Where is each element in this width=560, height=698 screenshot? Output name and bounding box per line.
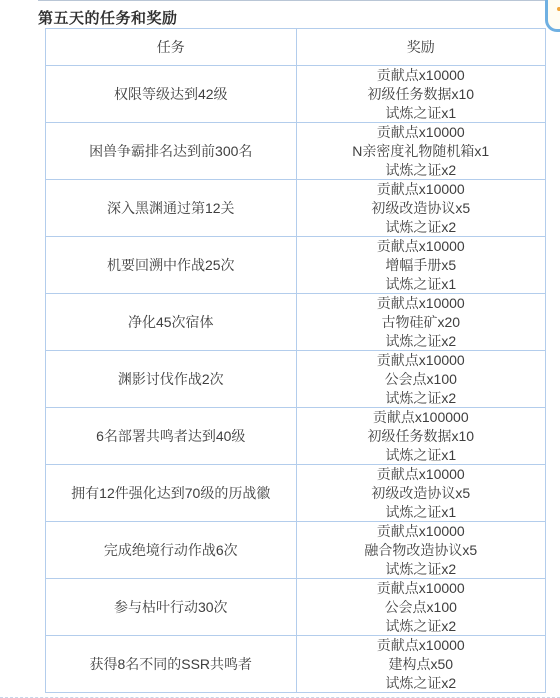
table-row: 渊影讨伐作战2次 贡献点x10000公会点x100试炼之证x2 [46, 350, 545, 407]
reward-line: 初级任务数据x10 [367, 427, 474, 446]
task-cell: 权限等级达到42级 [46, 66, 296, 122]
floating-widget-partial[interactable] [545, 0, 560, 32]
table-row: 6名部署共鸣者达到40级 贡献点x100000初级任务数据x10试炼之证x1 [46, 407, 545, 464]
table-row: 机要回溯中作战25次 贡献点x10000增幅手册x5试炼之证x1 [46, 236, 545, 293]
reward-line: 试炼之证x2 [385, 218, 456, 237]
reward-line: 贡献点x10000 [377, 465, 465, 484]
reward-line: 试炼之证x2 [385, 161, 456, 180]
reward-line: 贡献点x10000 [377, 294, 465, 313]
reward-line: 古物硅矿x20 [381, 313, 460, 332]
table-header-row: 任务 奖励 [46, 29, 545, 65]
task-cell: 深入黑渊通过第12关 [46, 180, 296, 236]
reward-line: 公会点x100 [385, 370, 457, 389]
task-cell: 渊影讨伐作战2次 [46, 351, 296, 407]
reward-line: 公会点x100 [385, 598, 457, 617]
reward-line: 融合物改造协议x5 [364, 541, 477, 560]
reward-cell: 贡献点x10000初级任务数据x10试炼之证x1 [296, 66, 546, 122]
task-cell: 获得8名不同的SSR共鸣者 [46, 636, 296, 692]
reward-line: 试炼之证x1 [385, 446, 456, 465]
reward-line: 建构点x50 [388, 655, 453, 674]
reward-line: 贡献点x10000 [377, 579, 465, 598]
table-row: 权限等级达到42级 贡献点x10000初级任务数据x10试炼之证x1 [46, 65, 545, 122]
table-row: 深入黑渊通过第12关 贡献点x10000初级改造协议x5试炼之证x2 [46, 179, 545, 236]
reward-line: 试炼之证x1 [385, 275, 456, 294]
reward-line: 试炼之证x2 [385, 389, 456, 408]
tasks-rewards-table: 任务 奖励 权限等级达到42级 贡献点x10000初级任务数据x10试炼之证x1… [45, 28, 546, 693]
column-header-task: 任务 [46, 29, 296, 65]
table-row: 拥有12件强化达到70级的历战徽 贡献点x10000初级改造协议x5试炼之证x1 [46, 464, 545, 521]
table-row: 困兽争霸排名达到前300名 贡献点x10000N亲密度礼物随机箱x1试炼之证x2 [46, 122, 545, 179]
reward-line: 贡献点x10000 [377, 66, 465, 85]
reward-line: 试炼之证x1 [385, 503, 456, 522]
table-row: 参与枯叶行动30次 贡献点x10000公会点x100试炼之证x2 [46, 578, 545, 635]
reward-cell: 贡献点x10000公会点x100试炼之证x2 [296, 351, 546, 407]
reward-line: 贡献点x10000 [377, 237, 465, 256]
table-row: 完成绝境行动作战6次 贡献点x10000融合物改造协议x5试炼之证x2 [46, 521, 545, 578]
reward-line: 贡献点x10000 [377, 351, 465, 370]
reward-cell: 贡献点x10000初级改造协议x5试炼之证x1 [296, 465, 546, 521]
reward-line: 增幅手册x5 [385, 256, 456, 275]
reward-line: 试炼之证x2 [385, 560, 456, 579]
reward-line: 贡献点x10000 [377, 522, 465, 541]
reward-line: N亲密度礼物随机箱x1 [352, 142, 489, 161]
reward-cell: 贡献点x10000公会点x100试炼之证x2 [296, 579, 546, 635]
table-body: 权限等级达到42级 贡献点x10000初级任务数据x10试炼之证x1 困兽争霸排… [46, 65, 545, 692]
page-title: 第五天的任务和奖励 [38, 7, 178, 28]
task-cell: 参与枯叶行动30次 [46, 579, 296, 635]
table-row: 净化45次宿体 贡献点x10000古物硅矿x20试炼之证x2 [46, 293, 545, 350]
task-cell: 机要回溯中作战25次 [46, 237, 296, 293]
reward-cell: 贡献点x10000古物硅矿x20试炼之证x2 [296, 294, 546, 350]
reward-cell: 贡献点x100000初级任务数据x10试炼之证x1 [296, 408, 546, 464]
table-row: 获得8名不同的SSR共鸣者 贡献点x10000建构点x50试炼之证x2 [46, 635, 545, 692]
column-header-reward: 奖励 [296, 29, 546, 65]
reward-cell: 贡献点x10000建构点x50试炼之证x2 [296, 636, 546, 692]
reward-line: 贡献点x10000 [377, 180, 465, 199]
task-cell: 完成绝境行动作战6次 [46, 522, 296, 578]
reward-line: 初级改造协议x5 [371, 484, 470, 503]
reward-cell: 贡献点x10000融合物改造协议x5试炼之证x2 [296, 522, 546, 578]
reward-line: 贡献点x10000 [377, 636, 465, 655]
reward-line: 试炼之证x2 [385, 332, 456, 351]
task-cell: 拥有12件强化达到70级的历战徽 [46, 465, 296, 521]
reward-cell: 贡献点x10000初级改造协议x5试炼之证x2 [296, 180, 546, 236]
task-cell: 净化45次宿体 [46, 294, 296, 350]
reward-line: 试炼之证x2 [385, 617, 456, 636]
reward-line: 贡献点x10000 [377, 123, 465, 142]
reward-line: 初级改造协议x5 [371, 199, 470, 218]
reward-line: 试炼之证x2 [385, 674, 456, 693]
reward-line: 试炼之证x1 [385, 104, 456, 123]
task-cell: 6名部署共鸣者达到40级 [46, 408, 296, 464]
reward-line: 贡献点x100000 [373, 408, 469, 427]
reward-cell: 贡献点x10000N亲密度礼物随机箱x1试炼之证x2 [296, 123, 546, 179]
top-divider [38, 0, 547, 1]
reward-line: 初级任务数据x10 [367, 85, 474, 104]
task-cell: 困兽争霸排名达到前300名 [46, 123, 296, 179]
reward-cell: 贡献点x10000增幅手册x5试炼之证x1 [296, 237, 546, 293]
